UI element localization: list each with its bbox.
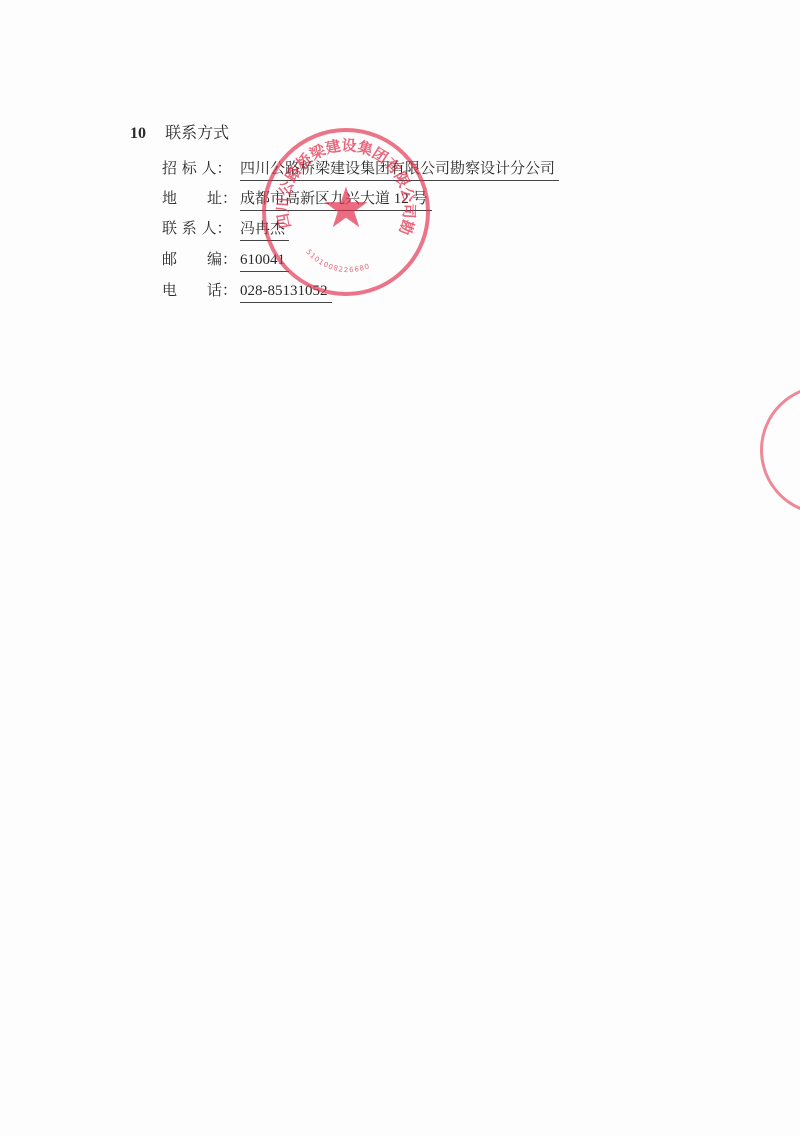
contact-label: 联 系 人： xyxy=(162,217,240,239)
section-heading: 10 联系方式 xyxy=(130,120,229,143)
contact-value: 610041 xyxy=(240,249,289,272)
contact-label: 电 话： xyxy=(162,279,240,301)
contact-label: 地 址： xyxy=(162,187,240,209)
contact-row-phone: 电 话：028-85131052 xyxy=(162,279,332,301)
contact-label: 招 标 人： xyxy=(162,157,240,179)
contact-row-person: 联 系 人：冯冉杰 xyxy=(162,217,289,239)
contact-row-postcode: 邮 编：610041 xyxy=(162,248,289,270)
contact-row-bidder: 招 标 人：四川公路桥梁建设集团有限公司勘察设计分公司 xyxy=(162,157,559,179)
contact-value: 成都市高新区九兴大道 12 号 xyxy=(240,188,432,211)
contact-value: 四川公路桥梁建设集团有限公司勘察设计分公司 xyxy=(240,158,559,181)
section-number: 10 xyxy=(130,125,160,143)
section-title: 联系方式 xyxy=(165,123,229,142)
seal-code: 5101008226680 xyxy=(304,248,371,274)
contact-value: 028-85131052 xyxy=(240,280,332,303)
svg-text:5101008226680: 5101008226680 xyxy=(304,248,371,274)
seal-ring-text: 四川公路桥梁建设集团有限公司勘察设计分公司 5101008226680 xyxy=(266,132,426,292)
contact-row-address: 地 址：成都市高新区九兴大道 12 号 xyxy=(162,187,432,209)
contact-label: 邮 编： xyxy=(162,248,240,270)
contact-value: 冯冉杰 xyxy=(240,218,289,241)
partial-seal xyxy=(760,385,800,515)
